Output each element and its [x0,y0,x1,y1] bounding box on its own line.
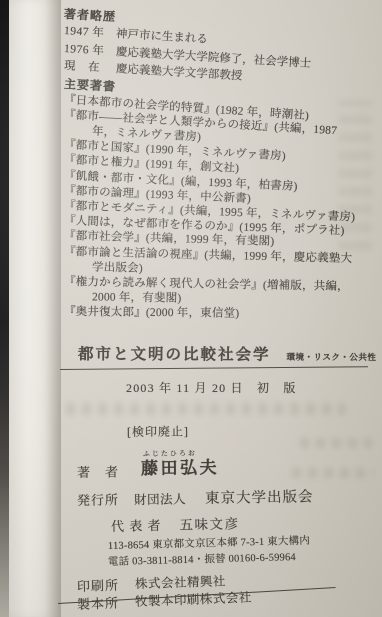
representative-name: 五味文彦 [179,514,239,534]
publisher-row: 発行所 財団法人 東京大学出版会 [77,486,372,511]
binder-label: 製本所 [77,594,120,613]
title-rule [60,366,368,370]
author-name-block: ふじたひろお 藤田弘夫 [141,449,219,480]
title-edition-section: 都市と文明の比較社会学 環境・リスク・公共性 2003 年 11 月 20 日 … [60,342,368,396]
publisher-label: 発行所 [77,490,119,511]
printer-label: 印刷所 [77,577,120,596]
work-line: 『奥井復太郎』(2000 年，東信堂) [64,305,378,323]
book-spine-shadow [0,0,9,617]
book-title: 都市と文明の比較社会学 [78,346,271,364]
author-row: 著 者 ふじたひろお 藤田弘夫 [77,447,372,481]
book-colophon-page-photo: 著者略歴 1947 年 神戸市に生まれる 1976 年 慶応義塾大学大学院修了，… [0,0,382,617]
edition-date: 2003 年 11 月 20 日 初 版 [60,379,368,396]
publisher-name: 東京大学出版会 [205,487,314,509]
author-label: 著 者 [77,461,119,481]
author-name: 藤田弘夫 [141,457,219,480]
representative-label: 代 表 者 [111,516,162,536]
colophon-section: [検印廃止] 著 者 ふじたひろお 藤田弘夫 発行所 財団法人 東京大学出版会 … [77,424,372,613]
ink-bleedthrough [66,403,346,415]
page-gutter-edge [9,0,61,617]
stamp-abolished-note: [検印廃止] [127,422,372,441]
author-bio-section: 著者略歴 1947 年 神戸市に生まれる 1976 年 慶応義塾大学大学院修了，… [64,6,378,321]
publisher-type: 財団法人 [134,489,186,510]
book-subtitle: 環境・リスク・公共性 [286,352,376,362]
title-row: 都市と文明の比較社会学 環境・リスク・公共性 [60,342,368,365]
